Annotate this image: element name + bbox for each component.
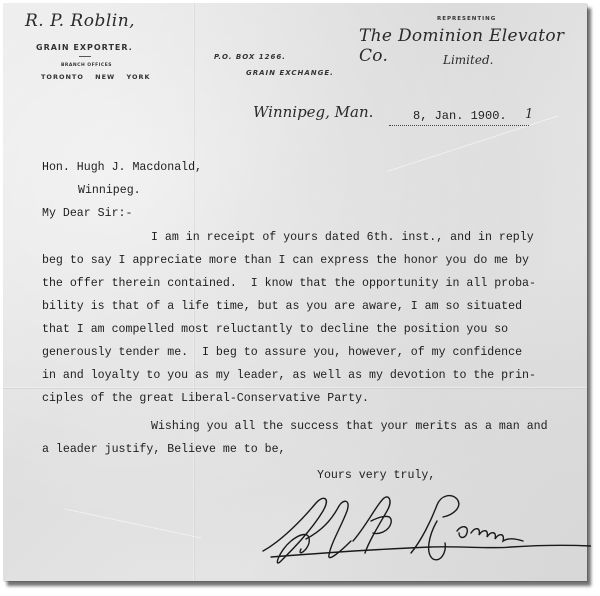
letterhead-grain-exchange: GRAIN EXCHANGE. (246, 69, 334, 77)
recipient-name: Hon. Hugh J. Macdonald, (42, 161, 202, 174)
body-line: I am in receipt of yours dated 6th. inst… (151, 231, 534, 244)
letterhead-sender-name: R. P. Roblin, (25, 11, 135, 31)
body-line: a leader justify, Believe me to be, (42, 443, 286, 456)
horizontal-fold-crease (3, 387, 587, 389)
recipient-city: Winnipeg. (78, 184, 141, 197)
body-line: that I am compelled most reluctantly to … (42, 323, 508, 336)
body-line: Wishing you all the success that your me… (151, 420, 548, 433)
paper-crease (387, 115, 558, 172)
branch-city: TORONTO (41, 73, 84, 81)
letterhead-company-suffix: Limited. (443, 53, 493, 67)
vertical-fold-crease (193, 3, 195, 581)
valediction: Yours very truly, (317, 469, 435, 482)
body-line: ciples of the great Liberal-Conservative… (42, 392, 369, 405)
dateline-date: 8, Jan. 1900. (413, 109, 507, 123)
branch-city: NEW YORK (95, 73, 150, 81)
body-line: the offer therein contained. I know that… (42, 277, 536, 290)
letterhead-sender-title: GRAIN EXPORTER. (36, 43, 133, 52)
letter-paper: R. P. Roblin, GRAIN EXPORTER. BRANCH OFF… (3, 3, 587, 581)
handwritten-signature (261, 491, 591, 571)
body-line: bility is that of a life time, but as yo… (42, 300, 522, 313)
dateline-place: Winnipeg, Man. (253, 103, 373, 121)
letterhead-po-box: P.O. BOX 1266. (214, 53, 286, 61)
body-line: in and loyalty to you as my leader, as w… (42, 369, 536, 382)
letterhead-branch-label: BRANCH OFFICES (61, 63, 112, 68)
letterhead-rule (79, 56, 91, 57)
body-line: beg to say I appreciate more than I can … (42, 254, 529, 267)
body-line: generously tender me. I beg to assure yo… (42, 346, 522, 359)
dateline-page-mark: 1 (525, 107, 533, 122)
salutation: My Dear Sir:- (42, 207, 132, 220)
letterhead-branch-cities: TORONTO NEW YORK (41, 73, 151, 81)
paper-crease (64, 508, 201, 538)
dateline-underline (389, 125, 529, 126)
letterhead-representing-label: REPRESENTING (437, 16, 496, 22)
